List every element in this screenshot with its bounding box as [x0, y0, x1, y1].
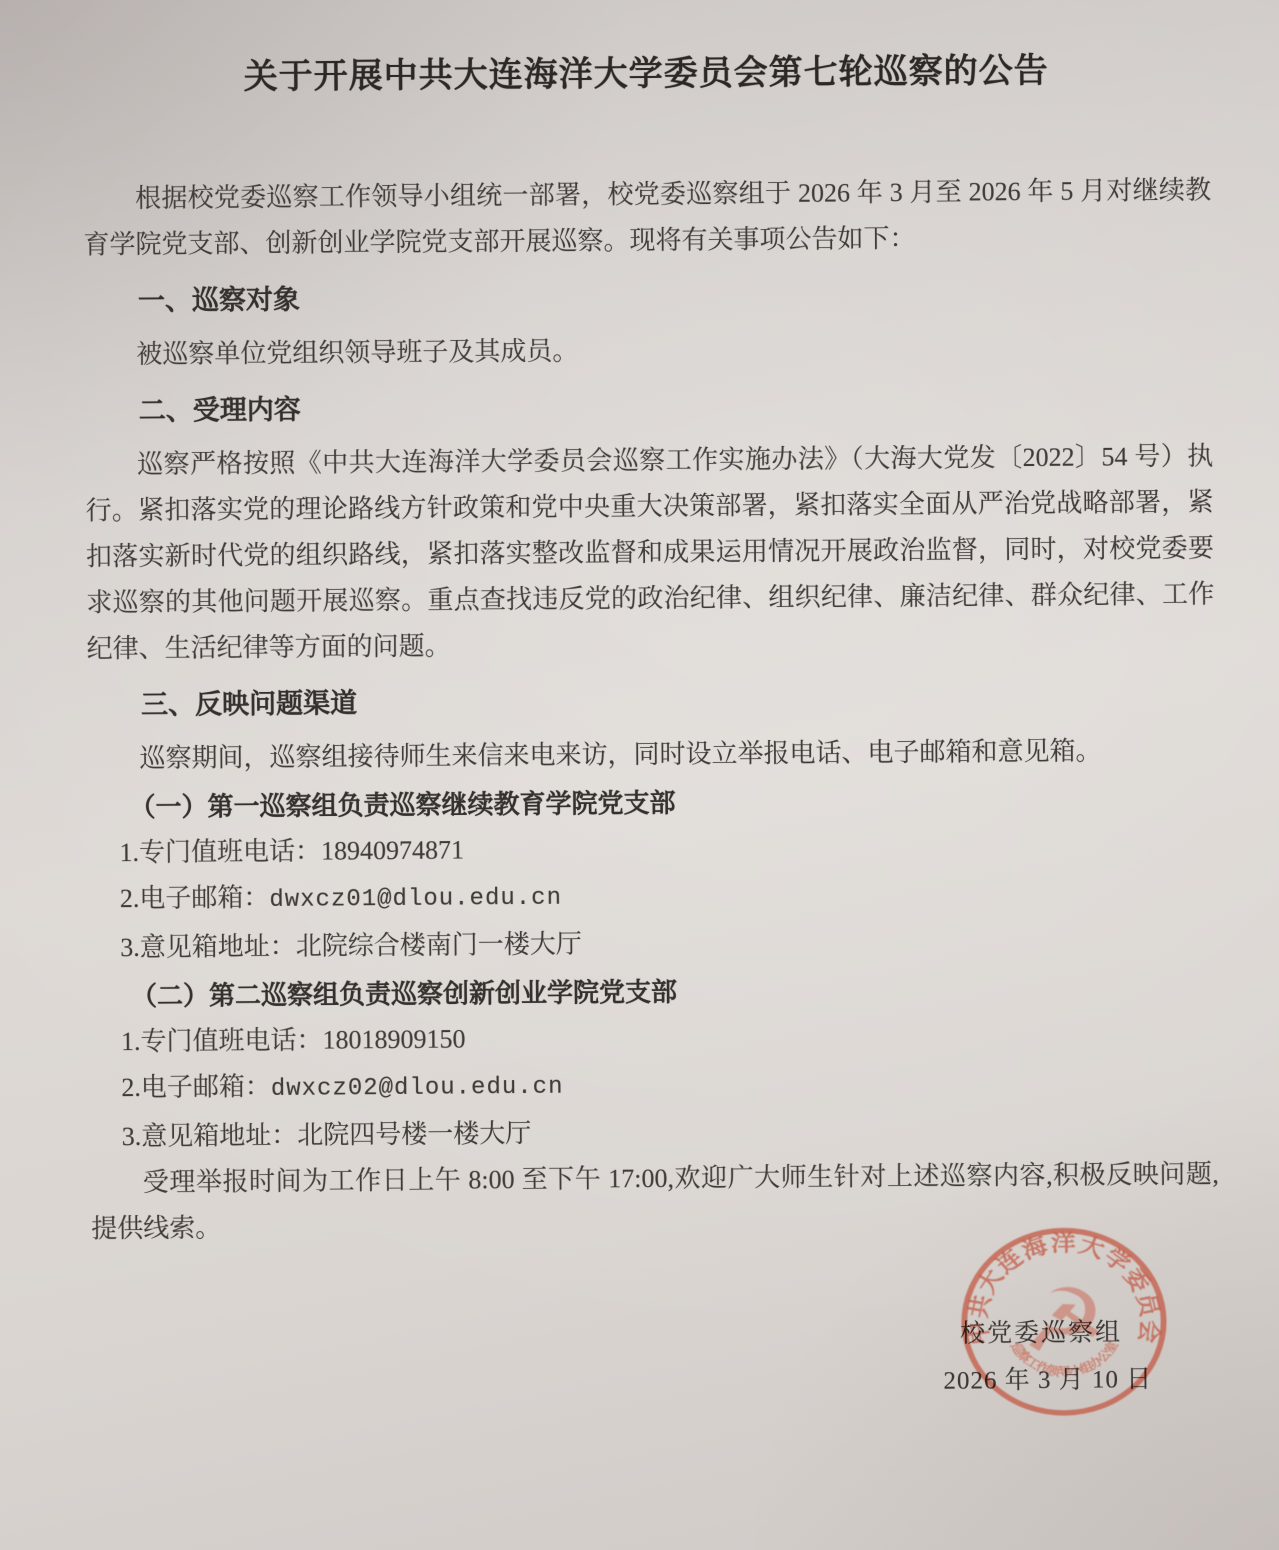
- contact-label: 1.专门值班电话：: [119, 837, 321, 868]
- contact-label: 3.意见箱地址：: [122, 1121, 298, 1151]
- contact-value: 18940974871: [321, 835, 464, 865]
- contact-label: 2.电子邮箱：: [121, 1072, 271, 1102]
- page-title: 关于开展中共大连海洋大学委员会第七轮巡察的公告: [82, 48, 1210, 101]
- section-3-heading: 三、反映问题渠道: [87, 674, 1215, 729]
- section-2-body: 巡察严格按照《中共大连海洋大学委员会巡察工作实施办法》（大海大党发〔2022〕5…: [85, 434, 1215, 673]
- announcement-sheet: 关于开展中共大连海洋大学委员会第七轮巡察的公告 根据校党委巡察工作领导小组统一部…: [82, 48, 1219, 1253]
- section-3-intro: 巡察期间，巡察组接待师生来信来电来访，同时设立举报电话、电子邮箱和意见箱。: [87, 728, 1215, 783]
- contact-value: dwxcz02@dlou.edu.cn: [271, 1074, 564, 1103]
- document-photo: 关于开展中共大连海洋大学委员会第七轮巡察的公告 根据校党委巡察工作领导小组统一部…: [0, 0, 1279, 1550]
- contact-label: 2.电子邮箱：: [120, 883, 270, 913]
- contact-value: 北院四号楼一楼大厅: [297, 1119, 531, 1150]
- official-seal: 中共大连海洋大学委员会 ☭ 巡察工作领导小组办公室: [957, 1224, 1171, 1420]
- contact-item-email-1: 2.电子邮箱：dwxcz01@dlou.edu.cn: [88, 868, 1216, 926]
- contact-value: 北院综合楼南门一楼大厅: [296, 930, 582, 961]
- contact-item-email-2: 2.电子邮箱：dwxcz02@dlou.edu.cn: [90, 1057, 1218, 1115]
- section-2-heading: 二、受理内容: [85, 380, 1213, 435]
- contact-value: 18018909150: [322, 1024, 465, 1054]
- contact-label: 1.专门值班电话：: [121, 1026, 323, 1057]
- contact-item-mailbox-1: 3.意见箱地址：北院综合楼南门一楼大厅: [89, 917, 1217, 972]
- contact-label: 3.意见箱地址：: [120, 932, 296, 962]
- section-1-body: 被巡察单位党组织领导班子及其成员。: [84, 324, 1212, 379]
- intro-paragraph: 根据校党委巡察工作领导小组统一部署，校党委巡察组于 2026 年 3 月至 20…: [83, 168, 1212, 269]
- contact-value: dwxcz01@dlou.edu.cn: [269, 885, 562, 914]
- section-1-heading: 一、巡察对象: [84, 270, 1212, 325]
